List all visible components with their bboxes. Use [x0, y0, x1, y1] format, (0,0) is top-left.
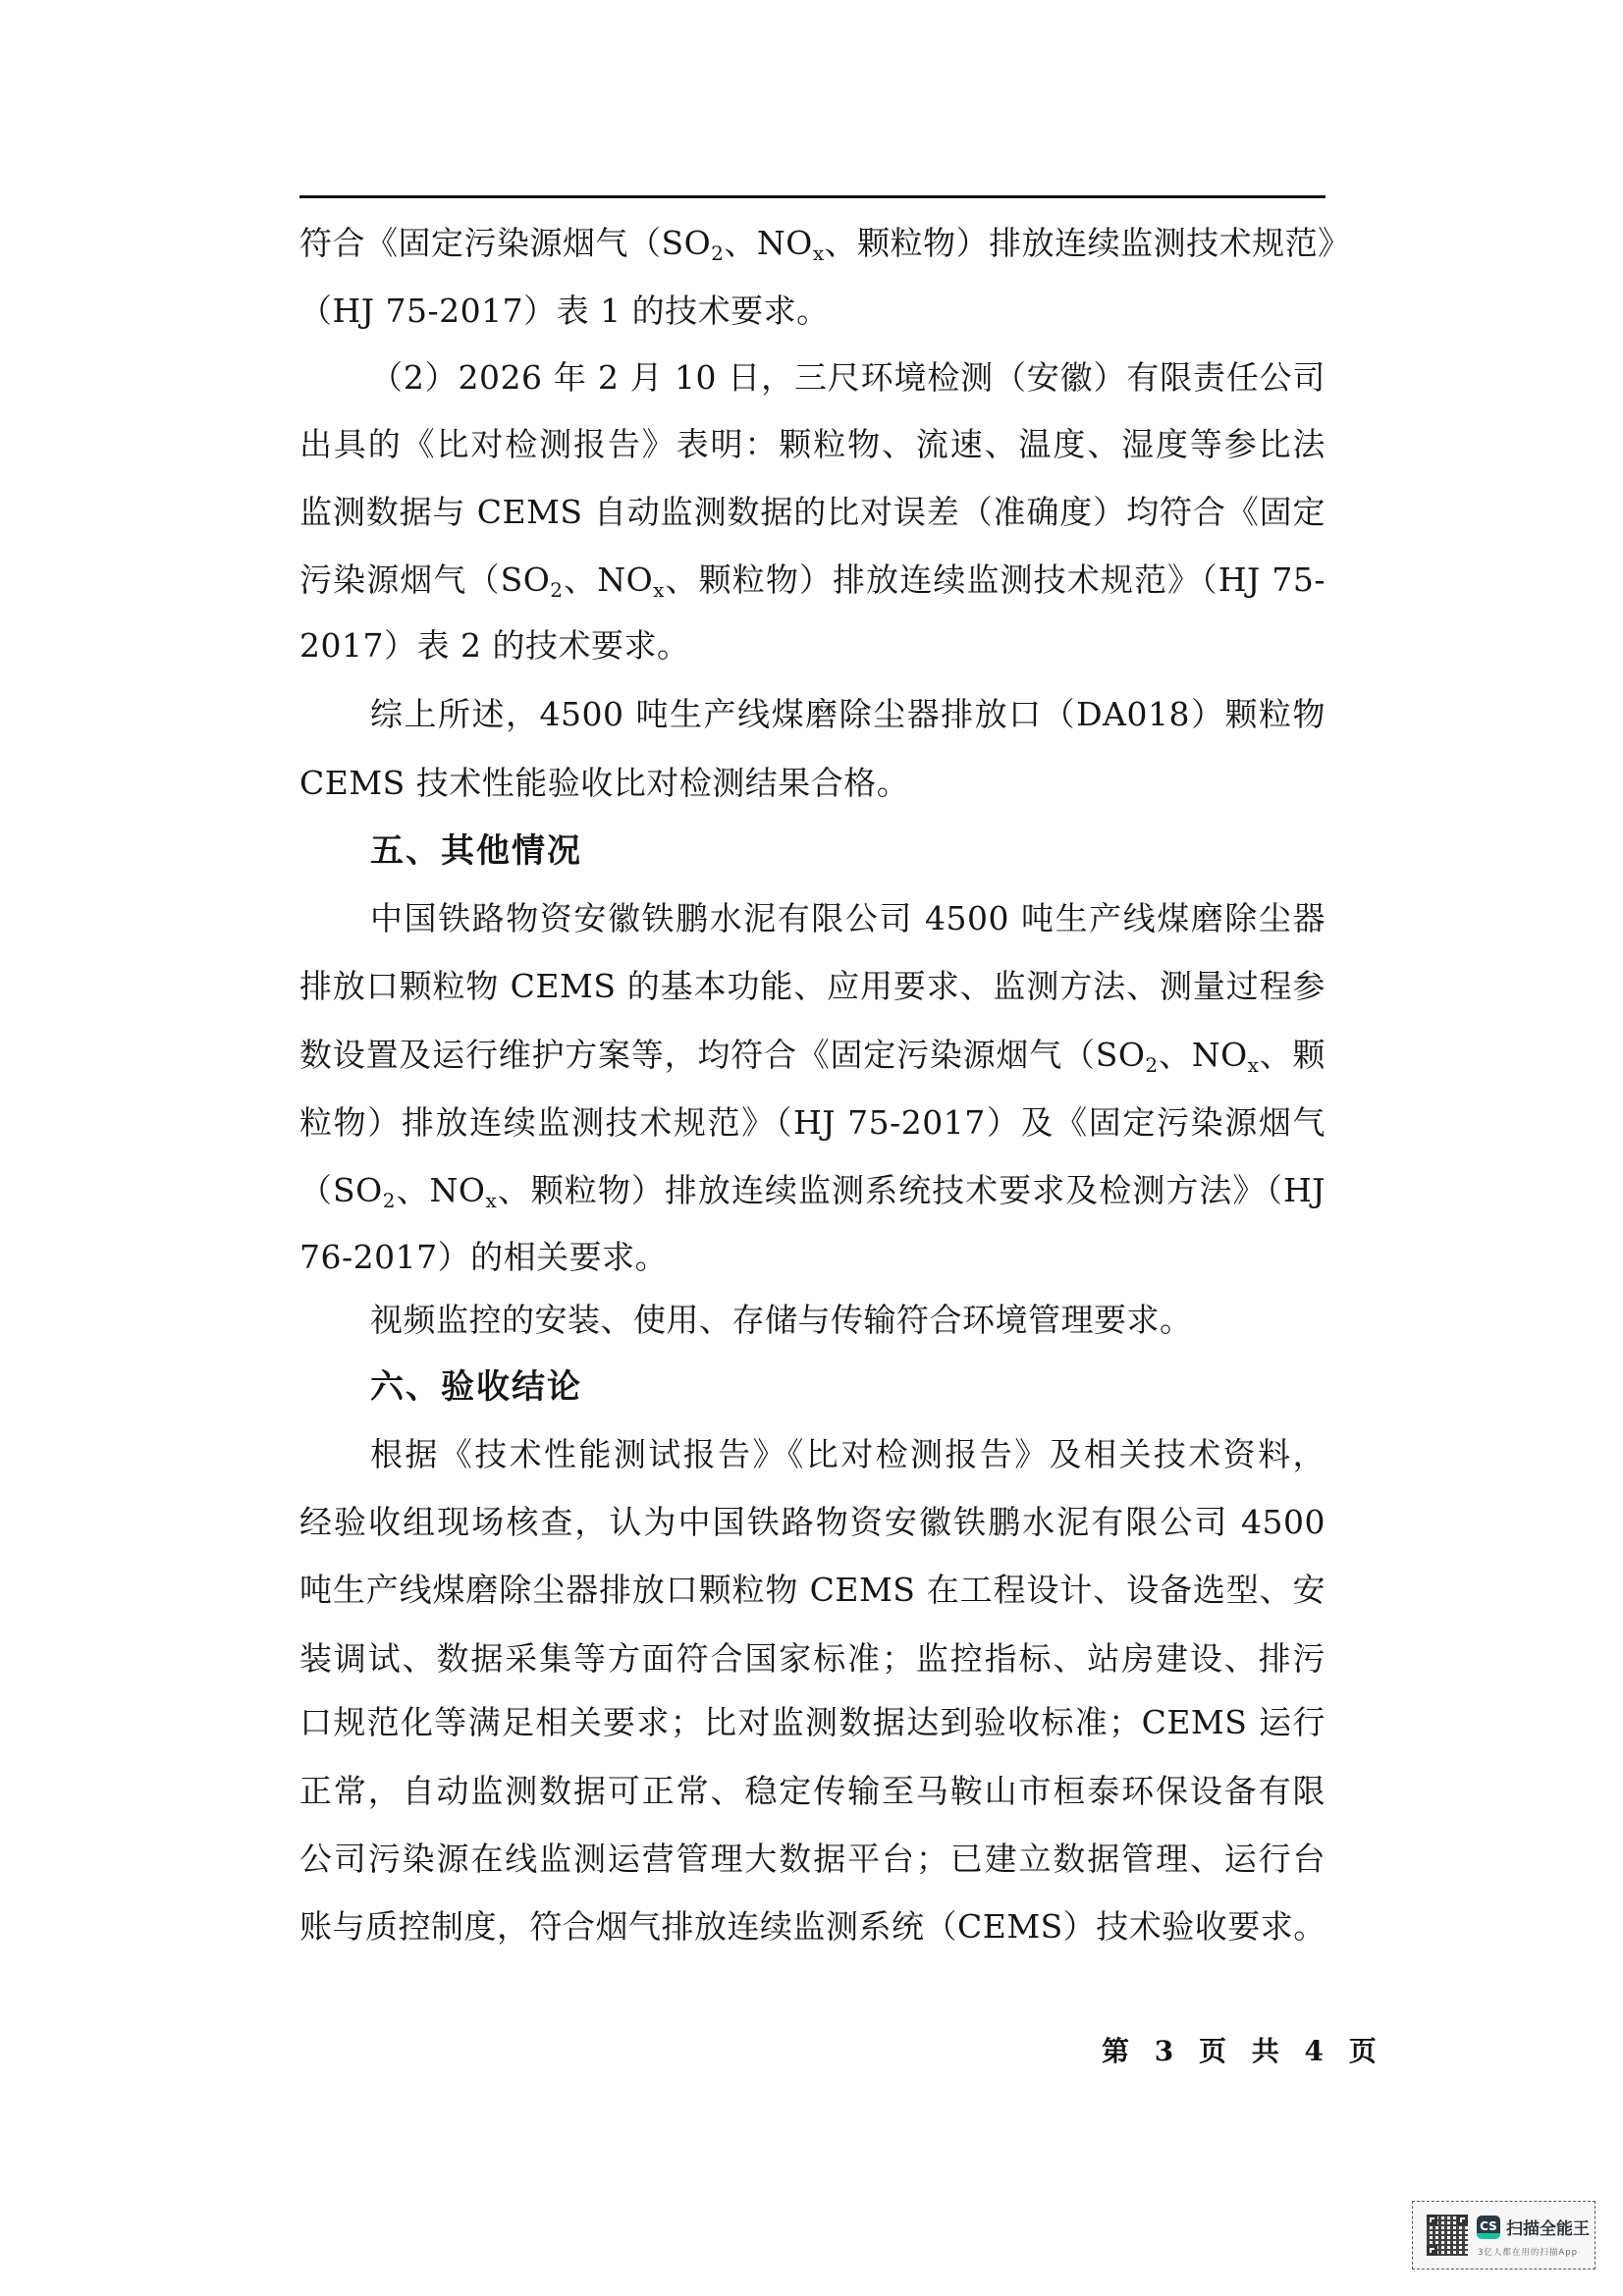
qr-code-icon	[1427, 2215, 1468, 2256]
body-line: 76-2017）的相关要求。	[299, 1233, 1325, 1282]
body-line: 污染源烟气（SO2、NOx、颗粒物）排放连续监测技术规范》（HJ 75-	[299, 556, 1325, 605]
body-line: 装调试、数据采集等方面符合国家标准；监控指标、站房建设、排污	[299, 1634, 1325, 1683]
body-line: CEMS 技术性能验收比对检测结果合格。	[299, 759, 1325, 808]
body-line: 粒物）排放连续监测技术规范》（HJ 75-2017）及《固定污染源烟气	[299, 1098, 1325, 1148]
body-line: （SO2、NOx、颗粒物）排放连续监测系统技术要求及检测方法》（HJ	[299, 1166, 1325, 1215]
paragraph-start: 根据《技术性能测试报告》《比对检测报告》及相关技术资料，	[370, 1430, 1325, 1479]
section-heading-conclusion: 六、验收结论	[370, 1362, 1325, 1412]
section-heading-other: 五、其他情况	[370, 827, 1325, 876]
body-line: 符合《固定污染源烟气（SO2、NOx、颗粒物）排放连续监测技术规范》	[299, 219, 1325, 268]
body-line: （HJ 75-2017）表 1 的技术要求。	[299, 287, 1325, 336]
paragraph-start: 中国铁路物资安徽铁鹏水泥有限公司 4500 吨生产线煤磨除尘器	[370, 894, 1325, 943]
body-line: 数设置及运行维护方案等，均符合《固定污染源烟气（SO2、NOx、颗	[299, 1031, 1325, 1080]
page-number: 第 3 页 共 4 页	[1102, 2030, 1382, 2069]
paragraph-start: 综上所述，4500 吨生产线煤磨除尘器排放口（DA018）颗粒物	[370, 690, 1325, 739]
paragraph-start: 视频监控的安装、使用、存储与传输符合环境管理要求。	[370, 1296, 1325, 1345]
watermark-title: 扫描全能王	[1506, 2215, 1590, 2239]
paragraph-start: （2）2026 年 2 月 10 日，三尺环境检测（安徽）有限责任公司	[370, 353, 1325, 402]
body-line: 监测数据与 CEMS 自动监测数据的比对误差（准确度）均符合《固定	[299, 488, 1325, 537]
body-line: 2017）表 2 的技术要求。	[299, 621, 1325, 670]
body-line: 排放口颗粒物 CEMS 的基本功能、应用要求、监测方法、测量过程参	[299, 962, 1325, 1011]
body-line: 正常，自动监测数据可正常、稳定传输至马鞍山市桓泰环保设备有限	[299, 1767, 1325, 1816]
body-line: 出具的《比对检测报告》表明：颗粒物、流速、温度、湿度等参比法	[299, 420, 1325, 469]
body-line: 公司污染源在线监测运营管理大数据平台；已建立数据管理、运行台	[299, 1835, 1325, 1884]
body-line: 账与质控制度，符合烟气排放连续监测系统（CEMS）技术验收要求。	[299, 1902, 1325, 1951]
body-line: 口规范化等满足相关要求；比对监测数据达到验收标准；CEMS 运行	[299, 1698, 1325, 1747]
scanner-watermark: CS 扫描全能王 3亿人都在用的扫描App	[1412, 2201, 1596, 2269]
camscanner-logo-icon: CS	[1477, 2216, 1500, 2239]
header-rule	[299, 195, 1325, 198]
body-line: 经验收组现场核查，认为中国铁路物资安徽铁鹏水泥有限公司 4500	[299, 1498, 1325, 1547]
watermark-subtitle: 3亿人都在用的扫描App	[1478, 2246, 1578, 2258]
body-line: 吨生产线煤磨除尘器排放口颗粒物 CEMS 在工程设计、设备选型、安	[299, 1566, 1325, 1615]
